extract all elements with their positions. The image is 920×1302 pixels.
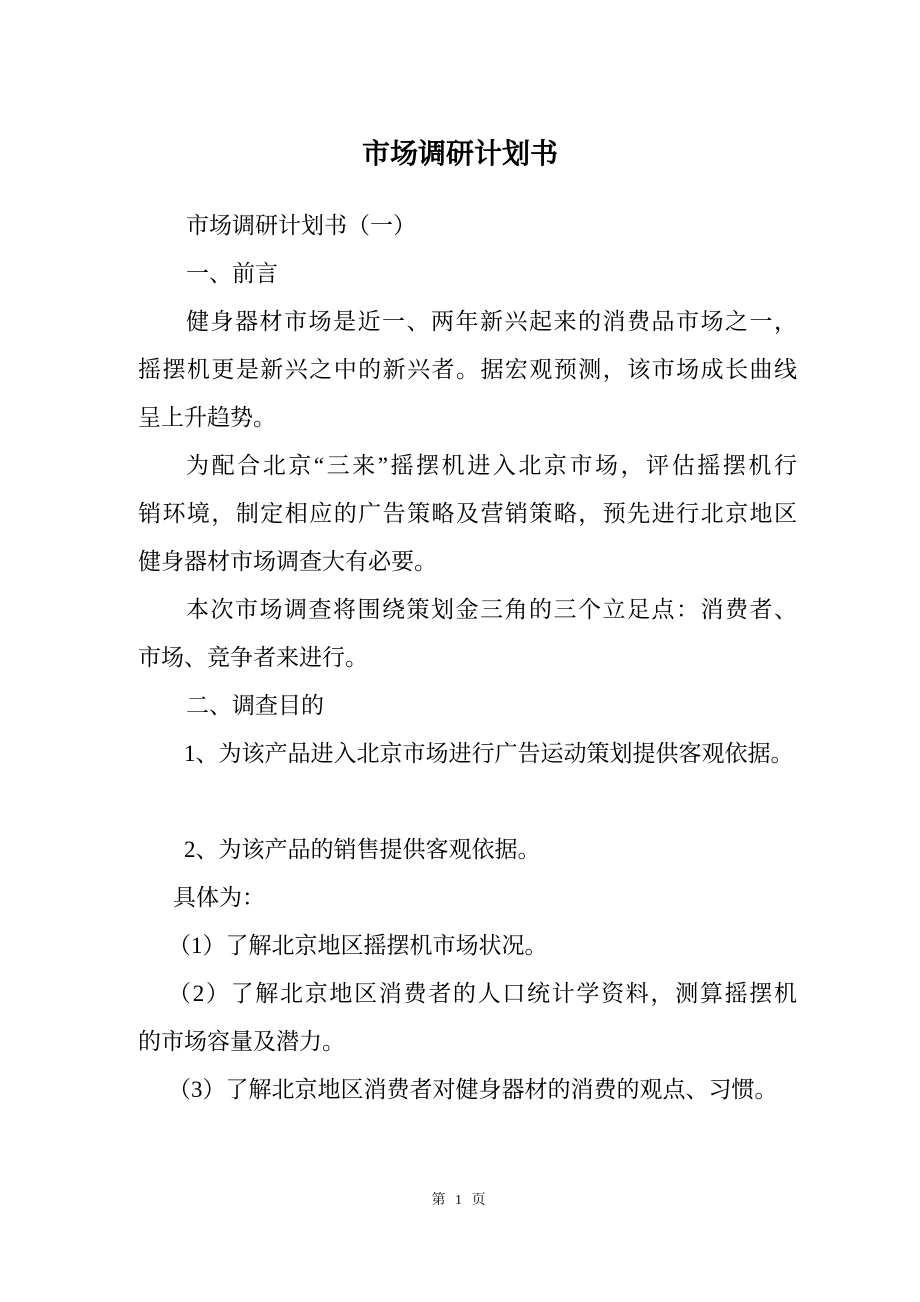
document-body: 市场调研计划书（一）一、前言健身器材市场是近一、两年新兴起来的消费品市场之一，摇… xyxy=(138,202,797,1114)
text-line: 健身器材市场是近一、两年新兴起来的消费品市场之一， xyxy=(138,298,797,346)
text-line: 本次市场调查将围绕策划金三角的三个立足点：消费者、 xyxy=(138,586,797,634)
text-line: 二、调查目的 xyxy=(138,682,797,730)
text-line: 2、为该产品的销售提供客观依据。 xyxy=(138,826,797,874)
text-line: 市场调研计划书（一） xyxy=(138,202,797,250)
text-line: 为配合北京“三来”摇摆机进入北京市场，评估摇摆机行 xyxy=(138,442,797,490)
page-number: 第 1 页 xyxy=(0,1190,920,1212)
text-line: 销环境，制定相应的广告策略及营销策略，预先进行北京地区 xyxy=(138,490,797,538)
text-line: （1）了解北京地区摇摆机市场状况。 xyxy=(138,922,797,970)
text-line: 摇摆机更是新兴之中的新兴者。据宏观预测，该市场成长曲线 xyxy=(138,346,797,394)
text-line: 具体为： xyxy=(138,874,797,922)
text-line: 的市场容量及潜力。 xyxy=(138,1018,797,1066)
text-line: （3）了解北京地区消费者对健身器材的消费的观点、习惯。 xyxy=(138,1066,797,1114)
blank-line xyxy=(138,778,797,826)
text-line: 1、为该产品进入北京市场进行广告运动策划提供客观依据。 xyxy=(138,730,797,778)
text-line: （2）了解北京地区消费者的人口统计学资料，测算摇摆机 xyxy=(138,970,797,1018)
text-line: 健身器材市场调查大有必要。 xyxy=(138,538,797,586)
text-line: 市场、竞争者来进行。 xyxy=(138,634,797,682)
document-page: 市场调研计划书 市场调研计划书（一）一、前言健身器材市场是近一、两年新兴起来的消… xyxy=(0,0,920,1302)
text-line: 一、前言 xyxy=(138,250,797,298)
text-line: 呈上升趋势。 xyxy=(138,394,797,442)
document-title: 市场调研计划书 xyxy=(0,138,920,170)
